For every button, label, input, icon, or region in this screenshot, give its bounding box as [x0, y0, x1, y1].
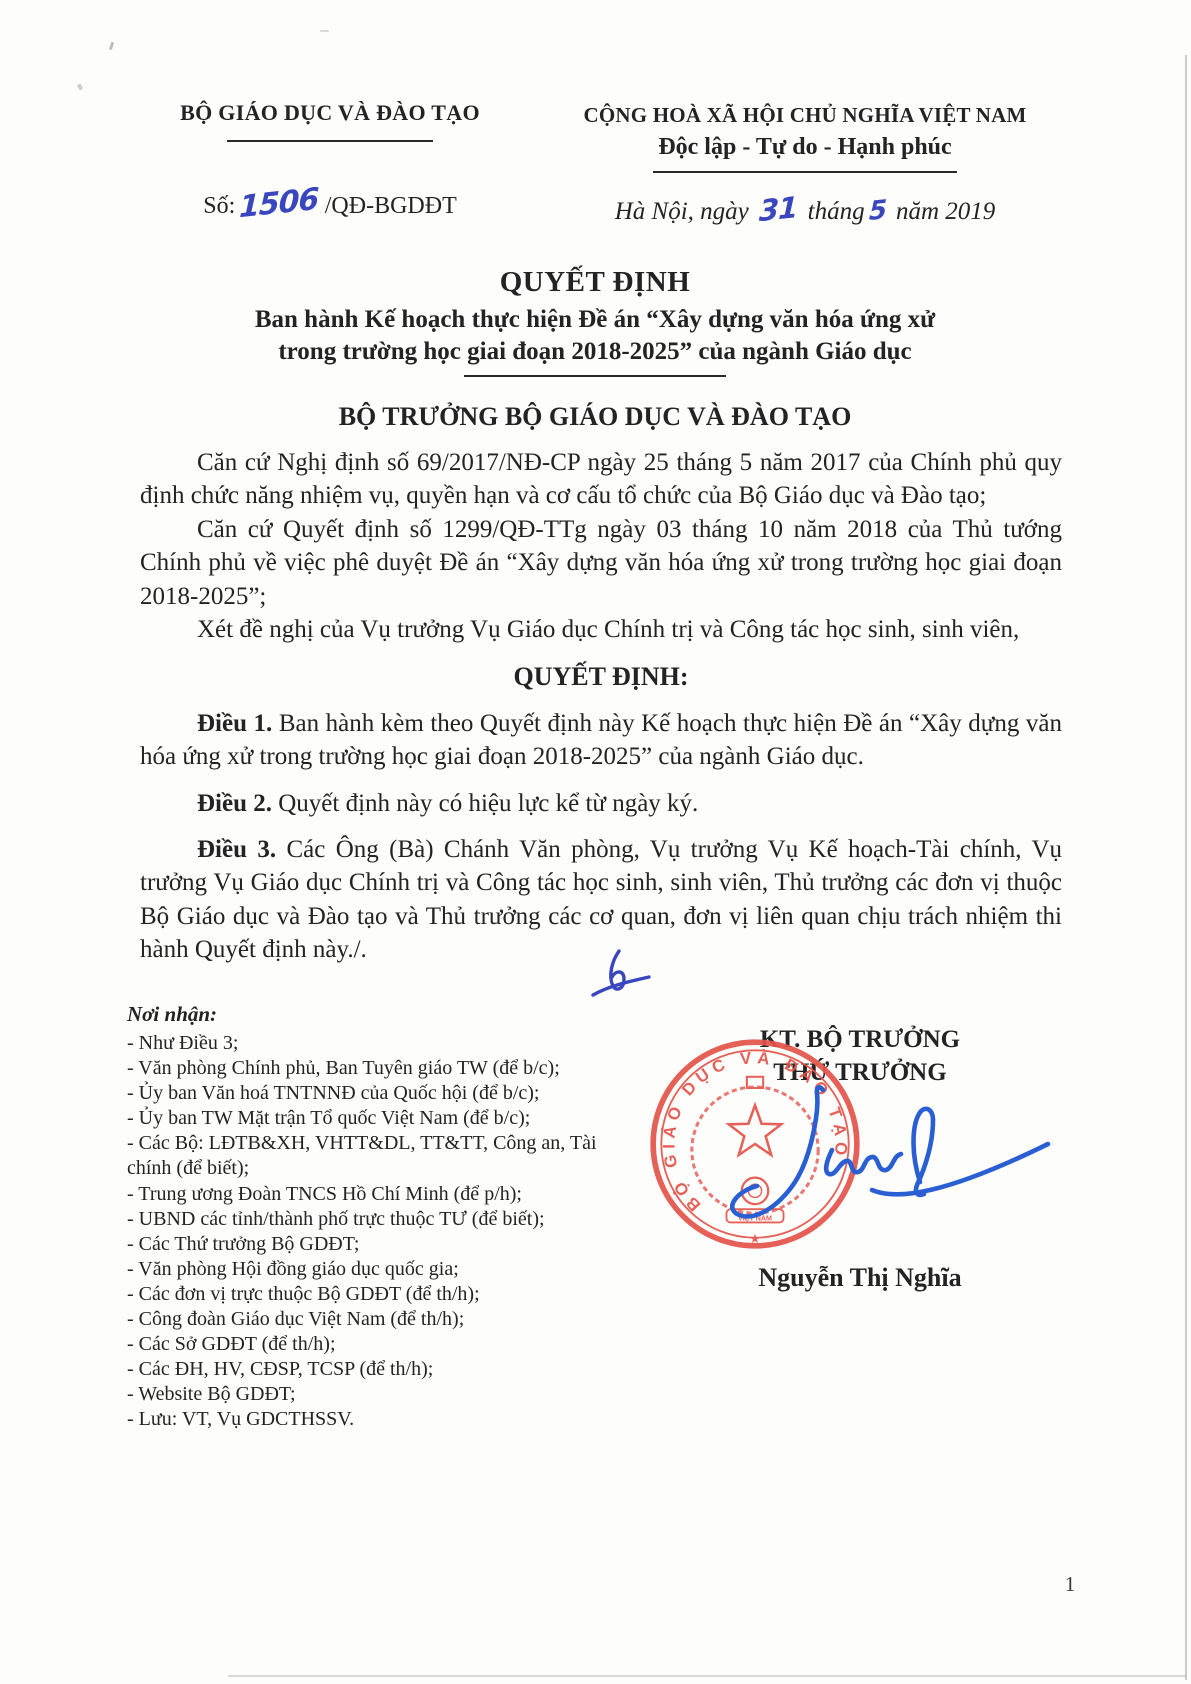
decision-heading: QUYẾT ĐỊNH: — [140, 660, 1062, 693]
recipient-item: - Công đoàn Giáo dục Việt Nam (để th/h); — [127, 1307, 613, 1332]
scan-speck — [320, 30, 329, 32]
recipient-item: - Ủy ban TW Mặt trận Tổ quốc Việt Nam (đ… — [127, 1106, 613, 1131]
scanned-decision-document: { "header": { "left": { "org": "BỘ GIÁO … — [0, 0, 1191, 1684]
national-header-block: CỘNG HOÀ XÃ HỘI CHỦ NGHĨA VIỆT NAM Độc l… — [540, 103, 1070, 173]
header-divider — [227, 140, 433, 142]
recipients-block: Nơi nhận: - Như Điều 3; - Văn phòng Chín… — [127, 1002, 613, 1433]
place-date-line: Hà Nội, ngày 31 tháng5 năm 2019 — [540, 192, 1070, 226]
date-middle: tháng — [808, 198, 865, 225]
recipient-item: - Các ĐH, HV, CĐSP, TCSP (để th/h); — [127, 1357, 613, 1382]
signer-signature — [660, 1072, 1090, 1242]
recipient-item: - Các Sở GDĐT (để th/h); — [127, 1332, 613, 1357]
scan-page-edge-horizontal — [228, 1675, 1186, 1677]
article-3-text: Các Ông (Bà) Chánh Văn phòng, Vụ trưởng … — [140, 836, 1062, 963]
scan-speck — [77, 83, 83, 90]
title-divider — [464, 375, 726, 377]
country-name: CỘNG HOÀ XÃ HỘI CHỦ NGHĨA VIỆT NAM — [540, 103, 1070, 128]
article-2-label: Điều 2. — [197, 790, 272, 817]
recipient-item: - UBND các tỉnh/thành phố trực thuộc TƯ … — [127, 1207, 613, 1232]
article-3-label: Điều 3. — [197, 836, 276, 863]
recipient-item: - Website Bộ GDĐT; — [127, 1382, 613, 1407]
recipient-item: - Văn phòng Hội đồng giáo dục quốc gia; — [127, 1257, 613, 1282]
recipients-label: Nơi nhận: — [127, 1002, 613, 1027]
document-body: Căn cứ Nghị định số 69/2017/NĐ-CP ngày 2… — [140, 446, 1062, 967]
national-motto: Độc lập - Tự do - Hạnh phúc — [540, 134, 1070, 161]
page-number: 1 — [1045, 1572, 1095, 1597]
article-1-text: Ban hành kèm theo Quyết định này Kế hoạc… — [140, 710, 1062, 770]
handwritten-initial-flourish — [585, 946, 657, 1002]
document-subtitle-line2: trong trường học giai đoạn 2018-2025” củ… — [95, 336, 1095, 368]
issuing-agency-name: BỘ GIÁO DỤC VÀ ĐÀO TẠO — [130, 100, 530, 126]
document-number-line: Số:1506/QĐ-BGDĐT — [130, 186, 530, 221]
recipient-item: - Các Bộ: LĐTB&XH, VHTT&DL, TT&TT, Công … — [127, 1131, 613, 1181]
scan-speck — [109, 42, 114, 51]
recipient-item: - Các Thứ trưởng Bộ GDĐT; — [127, 1232, 613, 1257]
issuer-heading: BỘ TRƯỞNG BỘ GIÁO DỤC VÀ ĐÀO TẠO — [95, 402, 1095, 432]
recipient-item: - Các đơn vị trực thuộc Bộ GDĐT (để th/h… — [127, 1282, 613, 1307]
document-title: QUYẾT ĐỊNH — [95, 266, 1095, 299]
recipient-item: - Ủy ban Văn hoá TNTNNĐ của Quốc hội (để… — [127, 1081, 613, 1106]
recipient-item: - Văn phòng Chính phủ, Ban Tuyên giáo TW… — [127, 1056, 613, 1081]
article-1-label: Điều 1. — [197, 710, 272, 737]
document-subtitle-line1: Ban hành Kế hoạch thực hiện Đề án “Xây d… — [95, 304, 1095, 336]
recipient-item: - Trung ương Đoàn TNCS Hồ Chí Minh (để p… — [127, 1182, 613, 1207]
handwritten-day: 31 — [759, 190, 798, 228]
scan-page-edge-vertical — [1185, 55, 1187, 1680]
date-suffix: năm 2019 — [896, 198, 995, 225]
date-prefix: Hà Nội, ngày — [615, 198, 749, 225]
number-label: Số: — [203, 193, 235, 219]
recipient-item: - Lưu: VT, Vụ GDCTHSSV. — [127, 1407, 613, 1432]
signer-name: Nguyễn Thị Nghĩa — [630, 1263, 1090, 1293]
article-2-text: Quyết định này có hiệu lực kể từ ngày ký… — [272, 790, 698, 817]
recipient-item: - Như Điều 3; — [127, 1031, 613, 1056]
preamble-paragraph: Căn cứ Nghị định số 69/2017/NĐ-CP ngày 2… — [140, 446, 1062, 513]
article-1: Điều 1. Ban hành kèm theo Quyết định này… — [140, 707, 1062, 774]
title-block: QUYẾT ĐỊNH Ban hành Kế hoạch thực hiện Đ… — [95, 266, 1095, 377]
motto-divider — [653, 171, 957, 173]
handwritten-document-number: 1506 — [239, 182, 319, 226]
preamble-paragraph: Căn cứ Quyết định số 1299/QĐ-TTg ngày 03… — [140, 513, 1062, 613]
number-suffix: /QĐ-BGDĐT — [325, 193, 457, 219]
preamble-paragraph: Xét đề nghị của Vụ trưởng Vụ Giáo dục Ch… — [140, 613, 1062, 646]
issuing-agency-block: BỘ GIÁO DỤC VÀ ĐÀO TẠO — [130, 100, 530, 142]
article-2: Điều 2. Quyết định này có hiệu lực kể từ… — [140, 787, 1062, 820]
handwritten-month: 5 — [868, 195, 886, 227]
